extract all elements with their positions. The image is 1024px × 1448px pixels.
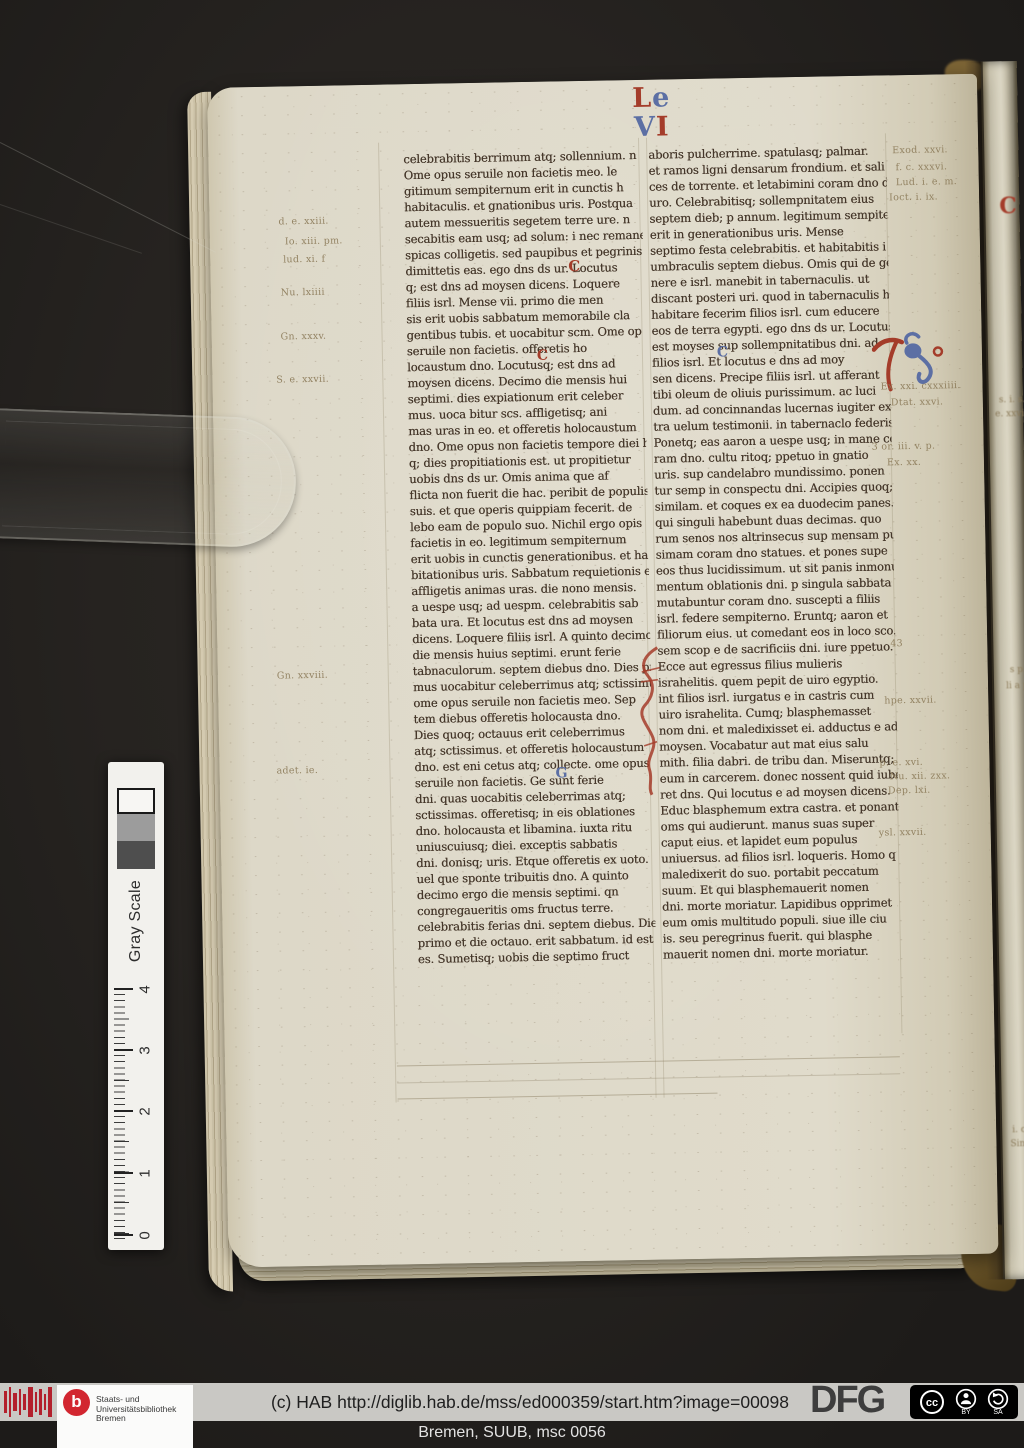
running-title-line: Le [611, 83, 692, 113]
bremen-b-logo: b [63, 1389, 90, 1416]
plastic-reflection-line [0, 142, 216, 253]
margin-note: Lud. i. e. m. [896, 176, 957, 188]
ruler-number: 3 [137, 1042, 154, 1060]
manuscript-page: LeVI celebrabitis berrimum atq; sollenni… [207, 74, 998, 1268]
colored-initial: C [717, 344, 728, 360]
right-marginalia: Exod. xxvi.f. c. xxxvi.Lud. i. e. m.Ioct… [207, 74, 977, 88]
facing-page-mark: i. cap. [1012, 1125, 1024, 1136]
cc-icon: cc [919, 1389, 945, 1415]
margin-note: 43 [890, 638, 903, 649]
manuscript-book: C s. i. s.e. xxvi.s p.li a p.i. cap.Simi… [187, 65, 1024, 1304]
margin-note: Ioct. i. ix. [889, 191, 938, 203]
margin-note: Dtat. xxvi. [891, 396, 944, 408]
ruler-major-tick [114, 988, 133, 990]
margin-note: Ex. xxi. cxxxiiii. [880, 380, 960, 392]
ruler-mid-ticks [114, 988, 129, 1241]
margin-note: 3 or. iii. v. p. [872, 441, 936, 453]
ruling-line-horizontal [397, 1073, 900, 1083]
colored-initial: C [568, 257, 580, 275]
running-title-levi: LeVI [611, 83, 692, 142]
manuscript-text-line: mauerit nomen dni. morte moriatur. [663, 942, 901, 962]
margin-note: hpe. xxvii. [884, 695, 937, 707]
running-title-letter: L [632, 83, 653, 114]
colored-initials: CCCG [207, 74, 977, 88]
cc-by-person-icon: BY [955, 1388, 977, 1416]
running-title-letter: e [652, 82, 671, 113]
ruler-label: Gray Scale [127, 860, 145, 982]
ruling-line-horizontal [397, 1056, 900, 1066]
facing-page-mark: s. i. s. [999, 395, 1024, 405]
margin-note: Io. xiii. pm. [285, 235, 343, 247]
ruler-major-tick [114, 1110, 133, 1112]
facing-page-mark: li a p. [1006, 681, 1024, 691]
cc-license-badge: cc BY SA [910, 1385, 1018, 1419]
facing-page-mark: Simili. [1010, 1139, 1024, 1150]
red-flourish-initial [637, 646, 666, 796]
margin-note: S. e. xxvii. [276, 374, 329, 386]
colored-initial: C [537, 348, 548, 364]
ruler-number: 0 [137, 1227, 154, 1245]
running-title-line: VI [612, 112, 693, 142]
left-marginalia: d. e. xxiii.Io. xiii. pm.lud. xi. fNu. l… [207, 74, 977, 88]
ruler-number: 2 [137, 1103, 154, 1121]
svg-text:cc: cc [926, 1397, 938, 1409]
facing-page-mark: e. xxvi. [995, 409, 1024, 420]
ruling-line-horizontal [398, 1093, 718, 1100]
facing-page-mark: s p. [1010, 665, 1024, 675]
ruler-number: 4 [137, 981, 154, 999]
shelfmark-caption: Bremen, SUUB, msc 0056 [0, 1424, 1024, 1442]
library-name-line3: Bremen [96, 1414, 176, 1424]
margin-note: Nu. xii. zxx. [890, 770, 951, 782]
library-barcode-logo [4, 1387, 54, 1417]
margin-note: Gn. xxxv. [280, 331, 326, 343]
ruling-line-vertical [378, 143, 397, 1103]
cc-sa-icon: SA [987, 1388, 1009, 1416]
plastic-reflection-line [0, 204, 142, 254]
margin-note: lud. xi. f [283, 254, 325, 266]
margin-note: Exod. xxvi. [892, 144, 948, 156]
manuscript-text-line: es. Sumetisq; uobis die septimo fruct [418, 947, 656, 967]
ruler-major-tick [114, 1172, 133, 1174]
gray-patch-white [117, 788, 155, 814]
running-title-letter: V [634, 112, 657, 143]
margin-note: ysl. xxvii. [879, 827, 927, 839]
margin-note: f. c. xxxvi. [895, 161, 947, 173]
facing-page-red-initial: C [999, 193, 1017, 219]
copyright-url: (c) HAB http://diglib.hab.de/mss/ed00035… [250, 1392, 810, 1413]
colored-initial: G [555, 765, 567, 781]
ruler-number: 1 [137, 1165, 154, 1183]
margin-note: p. e. xvi. [879, 757, 923, 769]
cc-by-label: BY [961, 1409, 970, 1416]
text-column-left: celebrabitis berrimum atq; sollennium. n… [403, 147, 656, 967]
library-name: Staats- und Universitätsbibliothek Breme… [96, 1395, 176, 1424]
margin-note: d. e. xxiii. [278, 216, 328, 228]
photo-stage: C s. i. s.e. xxvi.s p.li a p.i. cap.Simi… [0, 0, 1024, 1448]
ruler-major-tick [114, 1234, 133, 1236]
dfg-logo: DFG [810, 1379, 884, 1422]
cc-sa-label: SA [993, 1409, 1002, 1416]
ruler-major-tick [114, 1049, 133, 1051]
text-column-right: aboris pulcherrime. spatulasq; palmar.et… [648, 142, 901, 962]
margin-note: adet. ie. [276, 765, 318, 777]
running-title-letter: I [656, 111, 670, 142]
gray-patch-mid [117, 814, 155, 841]
plastic-page-holder [0, 408, 298, 549]
margin-note: Dep. lxi. [888, 785, 931, 797]
margin-note: Ex. xx. [887, 457, 921, 469]
gray-scale-ruler: Gray Scale 43210 [108, 762, 164, 1250]
margin-note: Nu. lxiiii [281, 287, 325, 299]
margin-note: Gn. xxviii. [277, 670, 328, 682]
